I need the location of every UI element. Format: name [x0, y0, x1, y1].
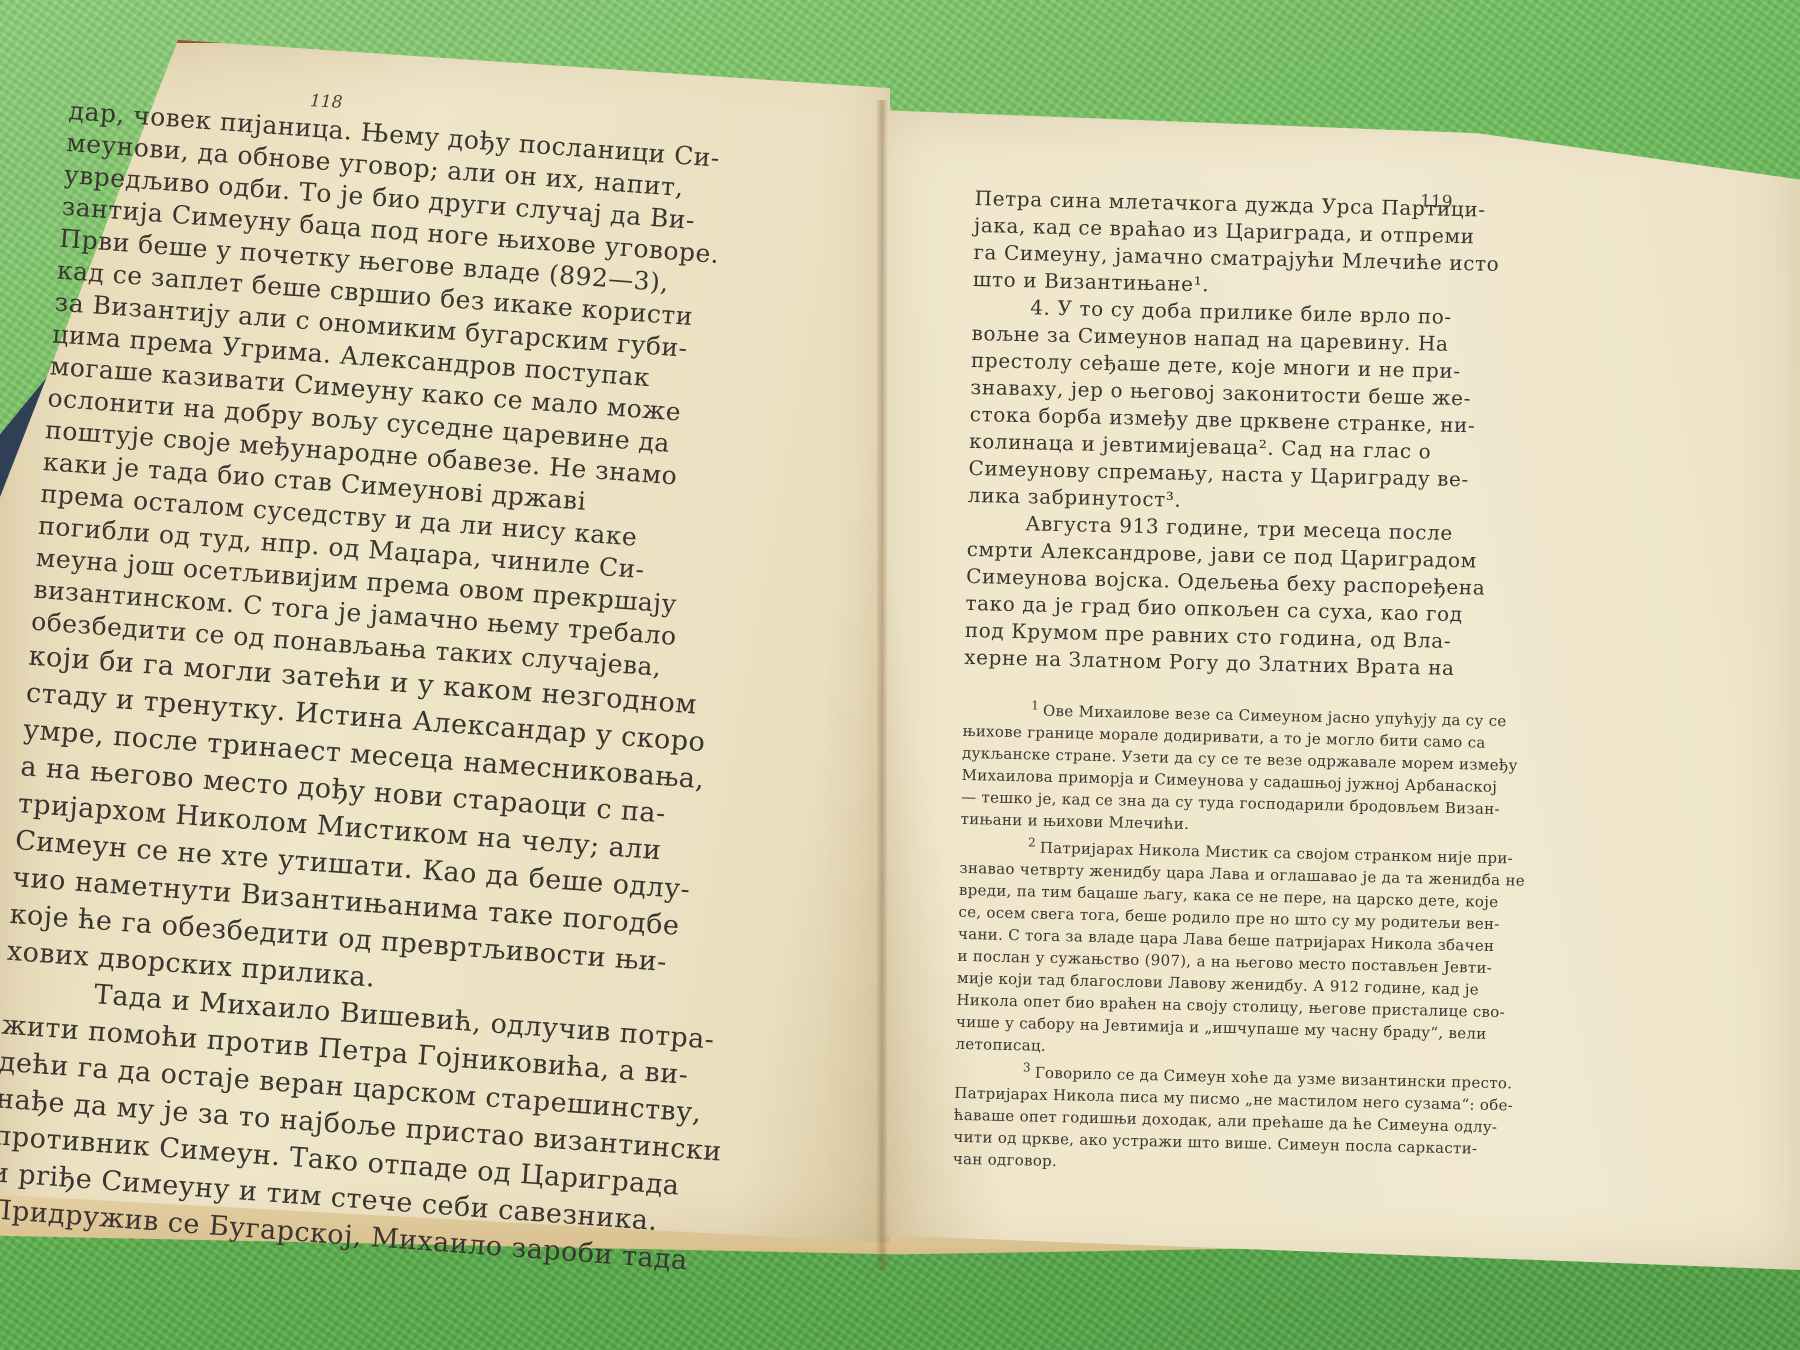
footnote-number: 2: [1028, 835, 1036, 849]
footnote-number: 3: [1023, 1060, 1031, 1074]
footnotes: 1Ове Михаилове везе са Симеуном јасно уп…: [953, 693, 1594, 1184]
footnote-number: 1: [1031, 698, 1039, 712]
book-gutter: [876, 100, 888, 1270]
left-page-body: дар, човек пијаница. Њему дођу посланици…: [0, 95, 848, 1285]
open-book: 118 119 дар, човек пијаница. Њему дођу п…: [0, 0, 1800, 1350]
left-page-number: 118: [309, 91, 342, 113]
right-page-body: Петра сина млетачкога дужда Урса Партици…: [953, 185, 1605, 1184]
